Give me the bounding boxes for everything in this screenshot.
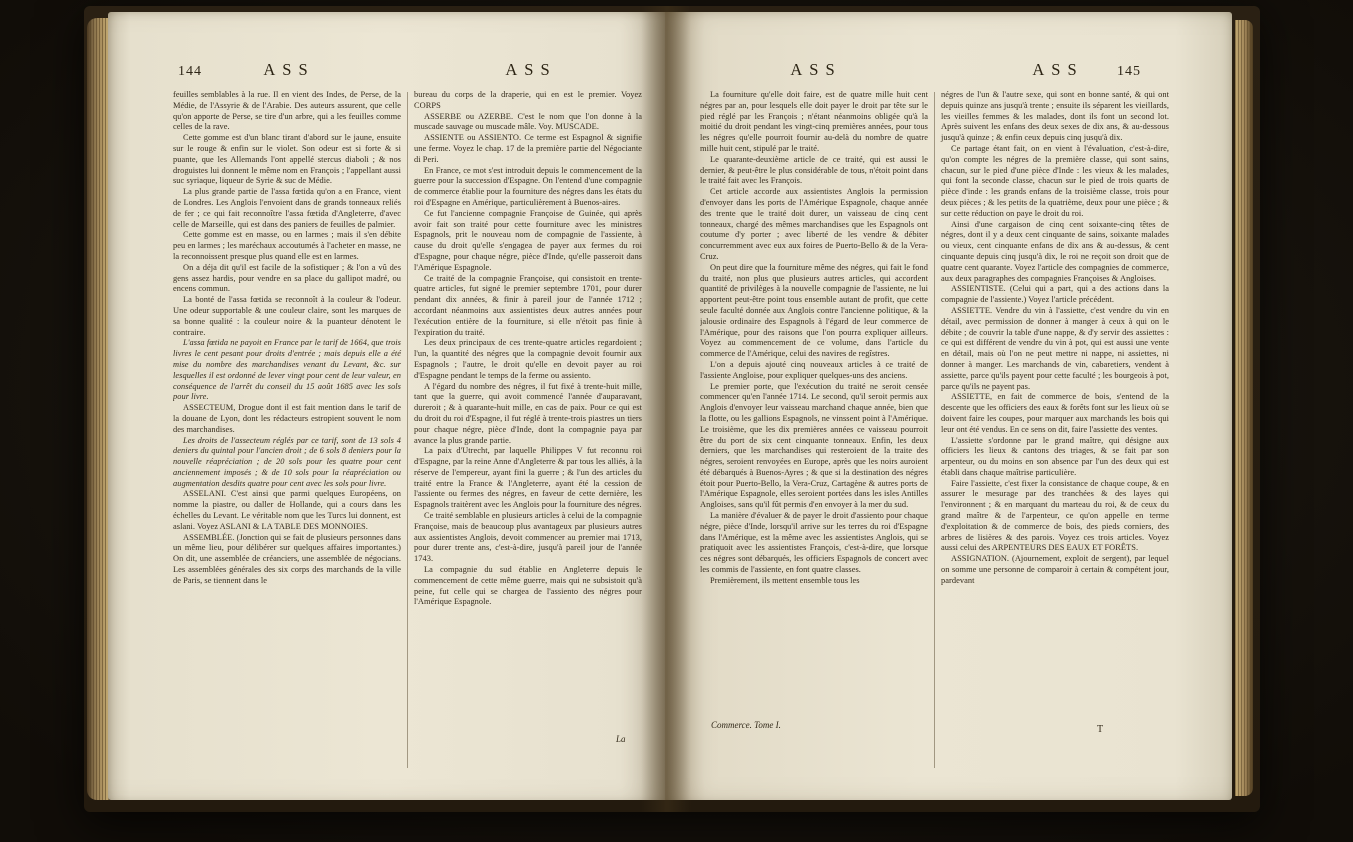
paragraph: Les deux principaux de ces trente-quatre… bbox=[414, 338, 642, 381]
paragraph: feuilles semblables à la rue. Il en vien… bbox=[173, 90, 401, 133]
catchword: La bbox=[616, 734, 626, 744]
paragraph: La plus grande partie de l'assa fœtida q… bbox=[173, 187, 401, 230]
paragraph: Ainsi d'une cargaison de cinq cent soixa… bbox=[941, 220, 1169, 285]
paragraph: ASSERBE ou AZERBE. C'est le nom que l'on… bbox=[414, 112, 642, 134]
paragraph: ASSELANI. C'est ainsi que parmi quelques… bbox=[173, 489, 401, 532]
paragraph: A l'égard du nombre des négres, il fut f… bbox=[414, 382, 642, 447]
paragraph: On peut dire que la fourniture même des … bbox=[700, 263, 928, 360]
running-head: ASS bbox=[263, 60, 314, 80]
paragraph: L'assa fœtida ne payoit en France par le… bbox=[173, 338, 401, 403]
running-head: ASS bbox=[505, 60, 556, 80]
signature-mark: T bbox=[1097, 724, 1103, 735]
paragraph: ASSIGNATION. (Ajournement, exploit de se… bbox=[941, 554, 1169, 586]
paragraph: La compagnie du sud établie en Angleterr… bbox=[414, 565, 642, 608]
paragraph: ASSIENTE ou ASSIENTO. Ce terme est Espag… bbox=[414, 133, 642, 165]
paragraph: La manière d'évaluer & de payer le droit… bbox=[700, 511, 928, 576]
paragraph: Le quarante-deuxième article de ce trait… bbox=[700, 155, 928, 187]
page-number-145: 145 bbox=[1117, 64, 1141, 80]
running-head: ASS bbox=[790, 60, 841, 80]
photo-background: 144 ASS ASS feuilles semblables à la rue… bbox=[0, 0, 1353, 842]
fore-edge-left bbox=[87, 18, 109, 800]
paragraph: Cette gomme est en masse, ou en larmes ;… bbox=[173, 230, 401, 262]
paragraph: Premièrement, ils mettent ensemble tous … bbox=[700, 576, 928, 587]
right-page: 145 ASS ASS La fourniture qu'elle doit f… bbox=[665, 12, 1232, 800]
page-number-144: 144 bbox=[178, 64, 202, 80]
paragraph: ASSIENTISTE. (Celui qui a part, qui a de… bbox=[941, 284, 1169, 306]
paragraph: Ce fut l'ancienne compagnie Françoise de… bbox=[414, 209, 642, 274]
paragraph: La bonté de l'assa fœtida se reconnoît à… bbox=[173, 295, 401, 338]
paragraph: Cette gomme est d'un blanc tirant d'abor… bbox=[173, 133, 401, 187]
paragraph: Ce traité de la compagnie Françoise, qui… bbox=[414, 274, 642, 339]
paragraph: En France, ce mot s'est introduit depuis… bbox=[414, 166, 642, 209]
paragraph: ASSEMBLÉE. (Jonction qui se fait de plus… bbox=[173, 533, 401, 587]
text-column-2: bureau du corps de la draperie, qui en e… bbox=[414, 90, 642, 790]
text-column-1: feuilles semblables à la rue. Il en vien… bbox=[173, 90, 401, 790]
left-page: 144 ASS ASS feuilles semblables à la rue… bbox=[108, 12, 665, 800]
paragraph: négres de l'un & l'autre sexe, qui sont … bbox=[941, 90, 1169, 144]
paragraph: L'assiette s'ordonne par le grand maître… bbox=[941, 436, 1169, 479]
paragraph: bureau du corps de la draperie, qui en e… bbox=[414, 90, 642, 112]
text-column-3: La fourniture qu'elle doit faire, est de… bbox=[700, 90, 928, 790]
paragraph: La paix d'Utrecht, par laquelle Philippe… bbox=[414, 446, 642, 511]
text-column-4: négres de l'un & l'autre sexe, qui sont … bbox=[941, 90, 1169, 790]
column-rule bbox=[934, 92, 935, 768]
paragraph: ASSIETTE. Vendre du vin à l'assiette, c'… bbox=[941, 306, 1169, 392]
running-head: ASS bbox=[1032, 60, 1083, 80]
paragraph: Le premier porte, que l'exécution du tra… bbox=[700, 382, 928, 512]
paragraph: L'on a depuis ajouté cinq nouveaux artic… bbox=[700, 360, 928, 382]
book: 144 ASS ASS feuilles semblables à la rue… bbox=[84, 6, 1260, 812]
paragraph: Ce partage étant fait, on en vient à l'é… bbox=[941, 144, 1169, 220]
paragraph: La fourniture qu'elle doit faire, est de… bbox=[700, 90, 928, 155]
paragraph: On a déja dit qu'il est facile de la sof… bbox=[173, 263, 401, 295]
paragraph: ASSIETTE, en fait de commerce de bois, s… bbox=[941, 392, 1169, 435]
paragraph: Ce traité semblable en plusieurs article… bbox=[414, 511, 642, 565]
paragraph: Cet article accorde aux assientistes Ang… bbox=[700, 187, 928, 263]
paragraph: Faire l'assiette, c'est fixer la consist… bbox=[941, 479, 1169, 555]
paragraph: Les droits de l'assecteum réglés par ce … bbox=[173, 436, 401, 490]
column-rule bbox=[407, 92, 408, 768]
fore-edge-right bbox=[1235, 20, 1253, 796]
volume-footer: Commerce. Tome I. bbox=[711, 720, 781, 730]
paragraph: ASSECTEUM, Drogue dont il est fait menti… bbox=[173, 403, 401, 435]
